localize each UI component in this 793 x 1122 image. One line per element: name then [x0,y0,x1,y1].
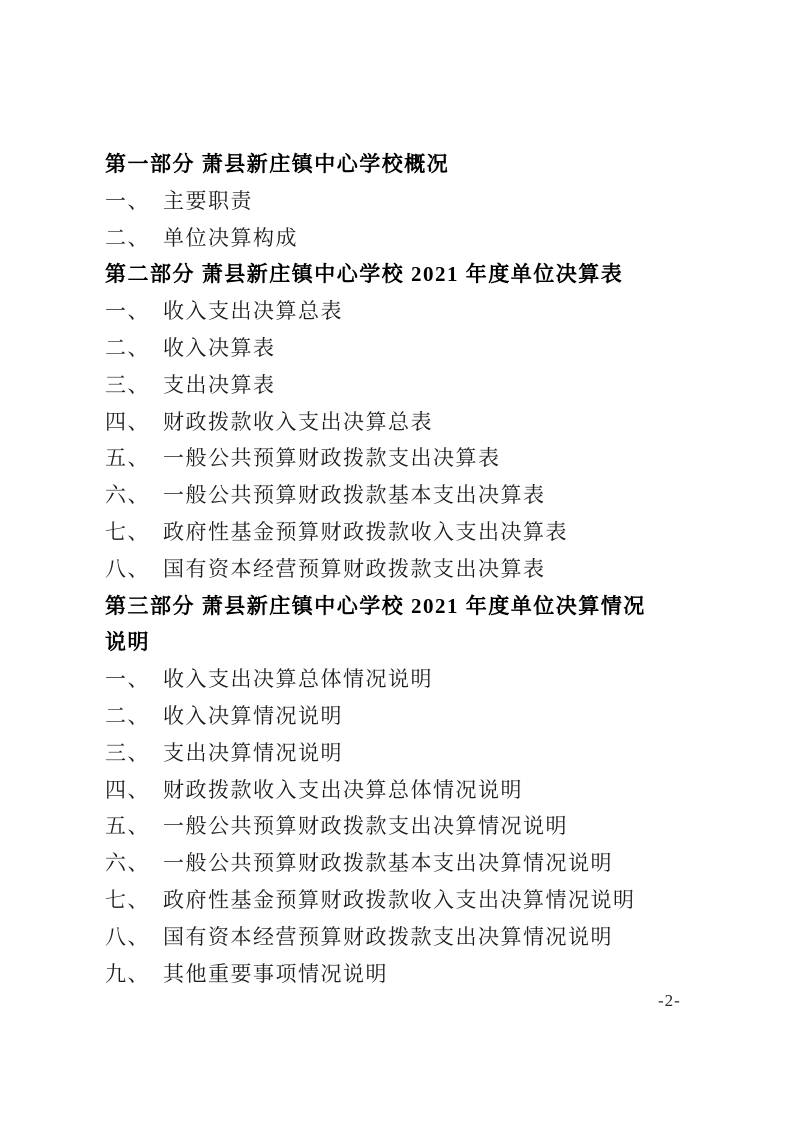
toc-item: 九、其他重要事项情况说明 [105,956,691,993]
toc-section-3: 第三部分 萧县新庄镇中心学校 2021 年度单位决算情况 说明 一、收入支出决算… [105,588,691,993]
page-number: -2- [658,991,681,1011]
item-number: 九、 [105,962,150,986]
section-3-heading-line-1: 第三部分 萧县新庄镇中心学校 2021 年度单位决算情况 [105,588,691,625]
section-3-heading-line-2: 说明 [105,624,691,661]
toc-item: 一、收入支出决算总体情况说明 [105,661,691,698]
item-number: 六、 [105,483,150,507]
toc-item: 六、一般公共预算财政拨款基本支出决算情况说明 [105,845,691,882]
item-number: 八、 [105,557,150,581]
item-text: 政府性基金预算财政拨款收入支出决算情况说明 [163,888,636,912]
item-text: 财政拨款收入支出决算总表 [163,410,433,434]
item-number: 一、 [105,189,150,213]
item-number: 三、 [105,373,150,397]
toc-item: 二、收入决算情况说明 [105,698,691,735]
item-text: 国有资本经营预算财政拨款支出决算情况说明 [163,925,613,949]
toc-item: 一、主要职责 [105,183,691,220]
toc-item: 七、政府性基金预算财政拨款收入支出决算情况说明 [105,882,691,919]
item-number: 二、 [105,704,150,728]
item-text: 单位决算构成 [163,226,298,250]
toc-section-2: 第二部分 萧县新庄镇中心学校 2021 年度单位决算表 一、收入支出决算总表 二… [105,256,691,587]
item-number: 一、 [105,667,150,691]
toc-item: 三、支出决算表 [105,367,691,404]
item-number: 二、 [105,226,150,250]
toc-item: 六、一般公共预算财政拨款基本支出决算表 [105,477,691,514]
item-number: 七、 [105,888,150,912]
toc-item: 二、单位决算构成 [105,220,691,257]
item-number: 一、 [105,299,150,323]
toc-item: 三、支出决算情况说明 [105,735,691,772]
item-text: 一般公共预算财政拨款支出决算表 [163,446,501,470]
toc-item: 五、一般公共预算财政拨款支出决算表 [105,440,691,477]
item-text: 主要职责 [163,189,253,213]
toc-item: 八、国有资本经营预算财政拨款支出决算表 [105,551,691,588]
item-text: 支出决算情况说明 [163,741,343,765]
toc-section-1: 第一部分 萧县新庄镇中心学校概况 一、主要职责 二、单位决算构成 [105,146,691,256]
item-number: 五、 [105,446,150,470]
item-number: 三、 [105,741,150,765]
item-number: 六、 [105,851,150,875]
item-text: 一般公共预算财政拨款支出决算情况说明 [163,814,568,838]
item-text: 收入决算表 [163,336,276,360]
toc-item: 四、财政拨款收入支出决算总表 [105,404,691,441]
item-text: 一般公共预算财政拨款基本支出决算表 [163,483,546,507]
item-text: 一般公共预算财政拨款基本支出决算情况说明 [163,851,613,875]
item-text: 其他重要事项情况说明 [163,962,388,986]
item-number: 四、 [105,410,150,434]
item-text: 收入支出决算总体情况说明 [163,667,433,691]
item-number: 二、 [105,336,150,360]
item-number: 七、 [105,520,150,544]
item-text: 国有资本经营预算财政拨款支出决算表 [163,557,546,581]
item-text: 收入支出决算总表 [163,299,343,323]
toc-content: 第一部分 萧县新庄镇中心学校概况 一、主要职责 二、单位决算构成 第二部分 萧县… [105,146,691,992]
toc-item: 四、财政拨款收入支出决算总体情况说明 [105,772,691,809]
toc-item: 五、一般公共预算财政拨款支出决算情况说明 [105,808,691,845]
item-text: 政府性基金预算财政拨款收入支出决算表 [163,520,568,544]
toc-item: 八、国有资本经营预算财政拨款支出决算情况说明 [105,919,691,956]
item-number: 四、 [105,778,150,802]
toc-item: 二、收入决算表 [105,330,691,367]
toc-item: 一、收入支出决算总表 [105,293,691,330]
item-text: 财政拨款收入支出决算总体情况说明 [163,778,523,802]
item-text: 收入决算情况说明 [163,704,343,728]
document-page: 第一部分 萧县新庄镇中心学校概况 一、主要职责 二、单位决算构成 第二部分 萧县… [0,0,793,1122]
section-2-heading: 第二部分 萧县新庄镇中心学校 2021 年度单位决算表 [105,256,691,293]
item-text: 支出决算表 [163,373,276,397]
item-number: 五、 [105,814,150,838]
toc-item: 七、政府性基金预算财政拨款收入支出决算表 [105,514,691,551]
section-1-heading: 第一部分 萧县新庄镇中心学校概况 [105,146,691,183]
item-number: 八、 [105,925,150,949]
